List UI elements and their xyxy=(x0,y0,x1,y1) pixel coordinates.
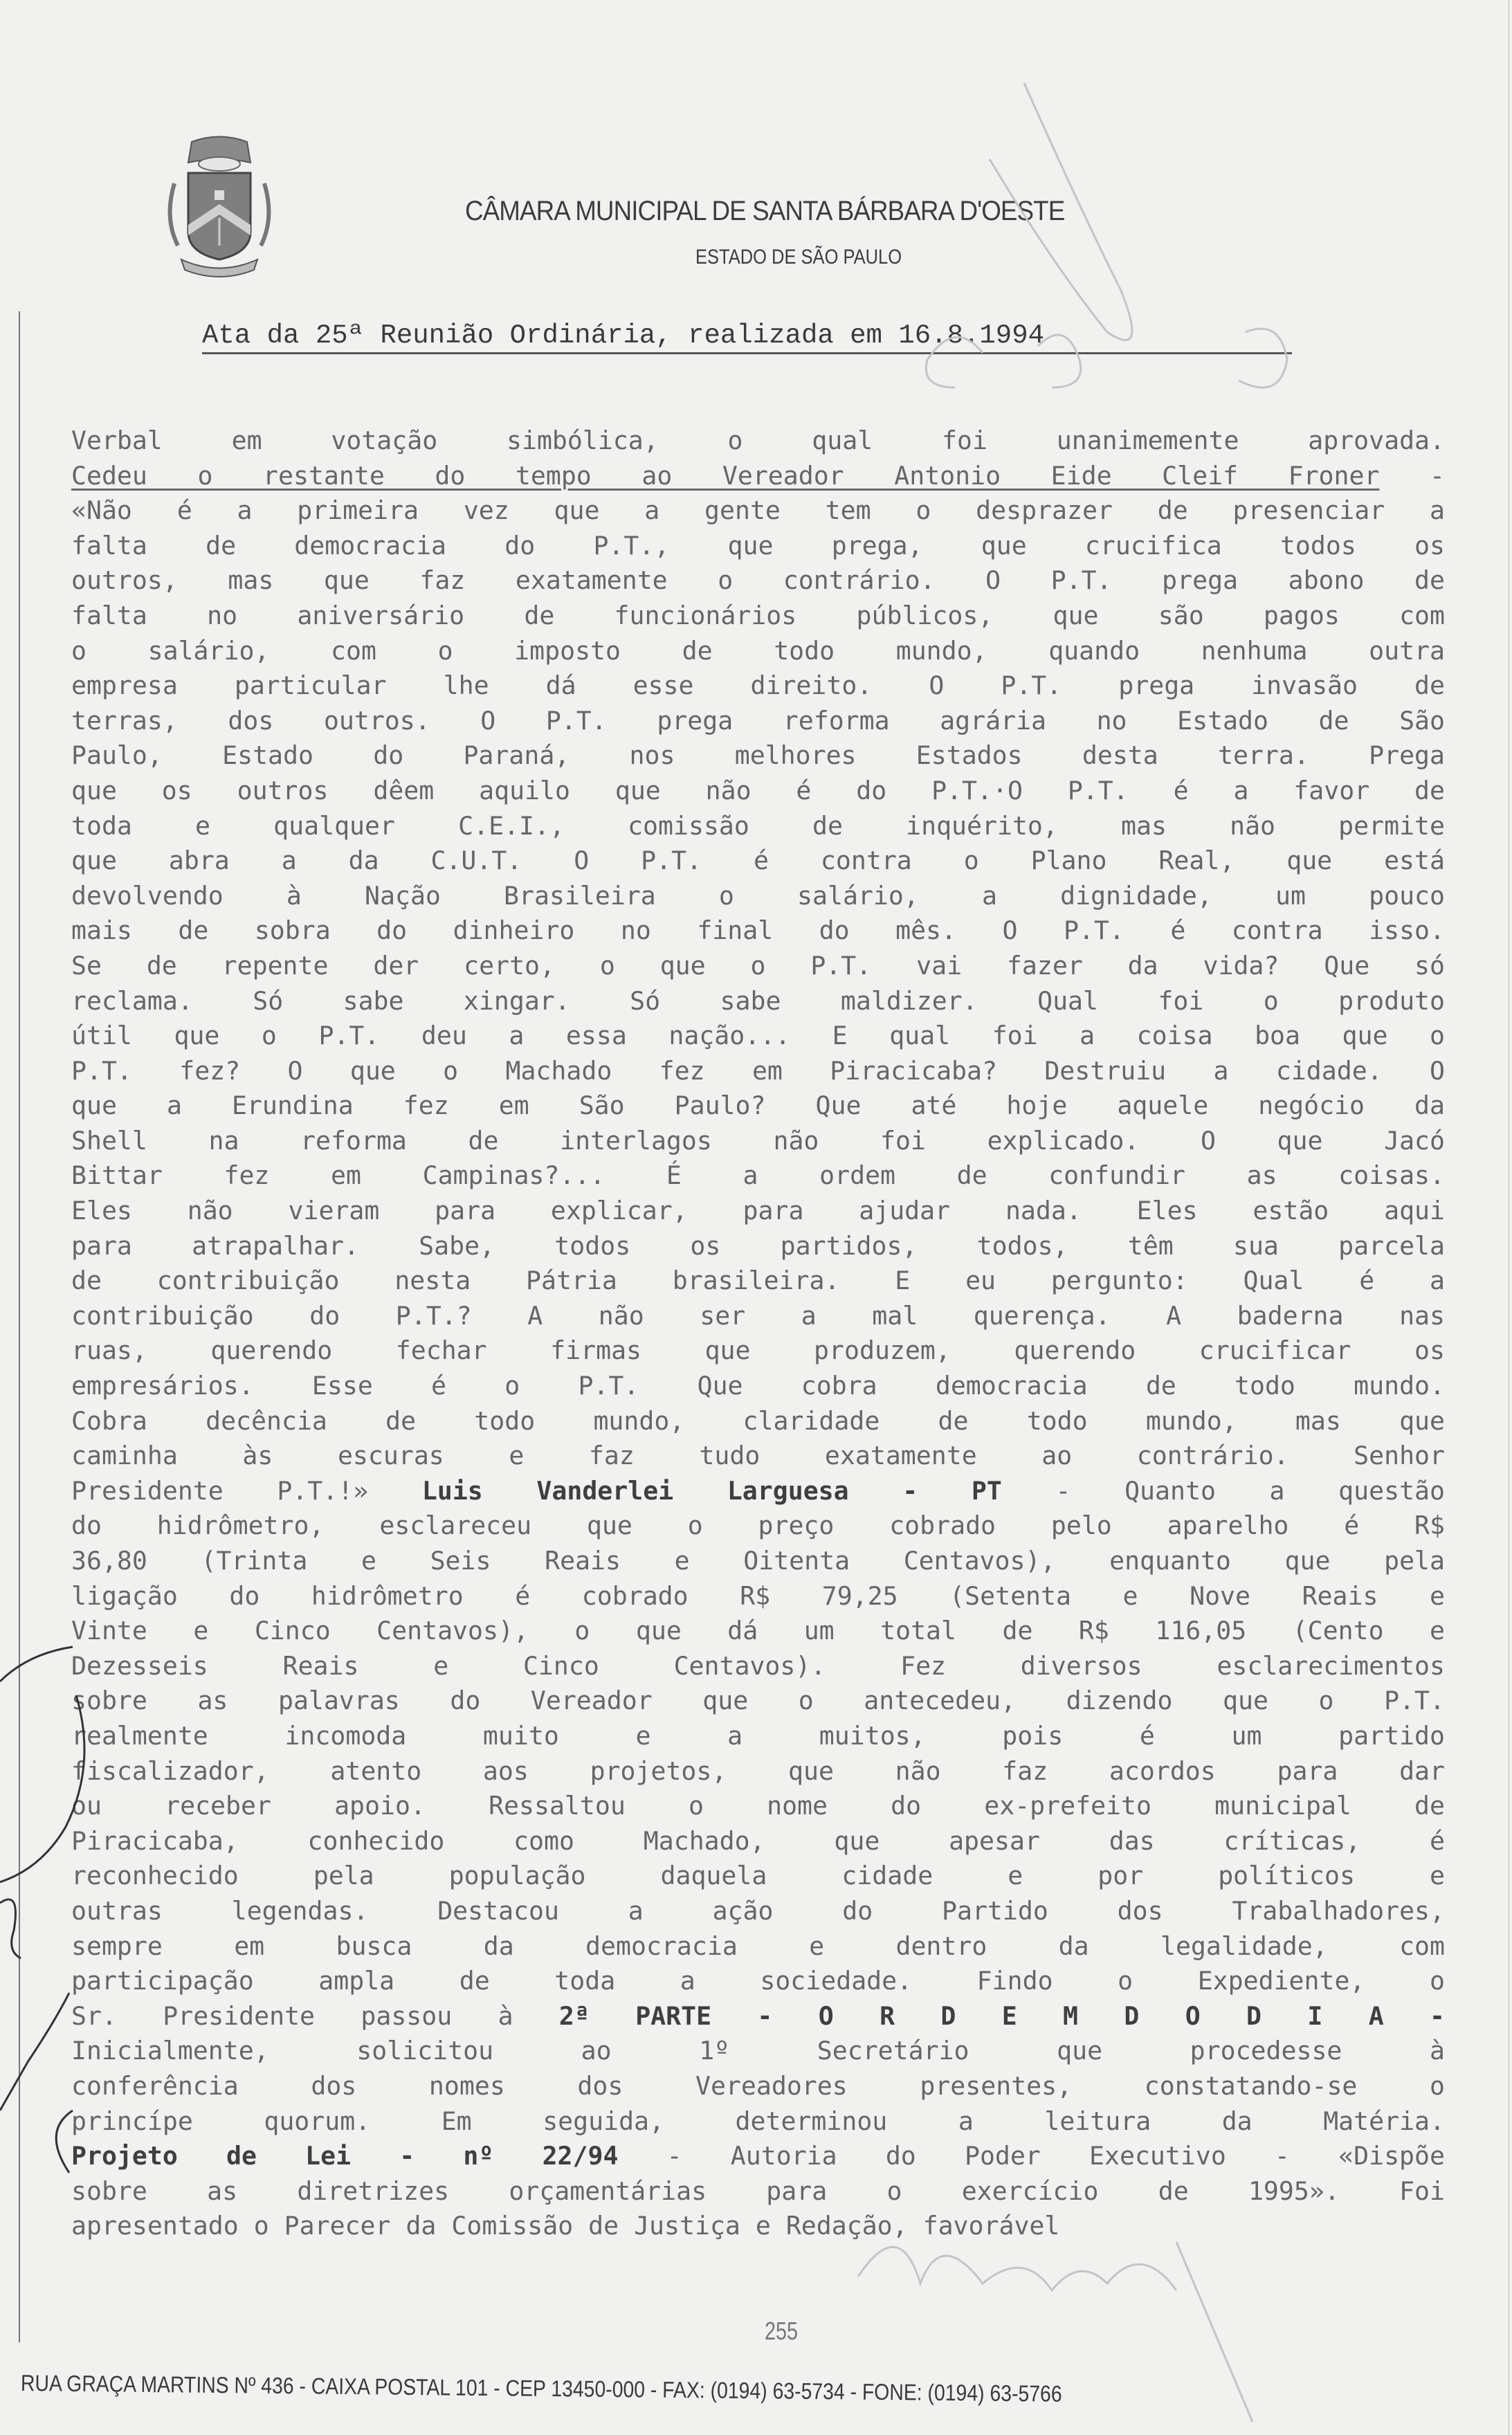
document-line: sempre em busca da democracia e dentro d… xyxy=(71,1929,1445,1964)
document-line: apresentado o Parecer da Comissão de Jus… xyxy=(71,2209,1445,2244)
document-line: Inicialmente, solicitou ao 1º Secretário… xyxy=(71,2034,1445,2069)
document-line: Se de repente der certo, o que o P.T. va… xyxy=(71,949,1445,984)
address-footer: RUA GRAÇA MARTINS Nº 436 - CAIXA POSTAL … xyxy=(21,2370,1300,2409)
document-line: reclama. Só sabe xingar. Só sabe maldize… xyxy=(71,984,1445,1019)
bill-reference: Projeto de Lei - nº 22/94 xyxy=(71,2141,618,2171)
document-line: para atrapalhar. Sabe, todos os partidos… xyxy=(71,1229,1445,1264)
document-line: toda e qualquer C.E.I., comissão de inqu… xyxy=(71,809,1445,844)
document-line: do hidrômetro, esclareceu que o preço co… xyxy=(71,1508,1445,1544)
document-page: CÂMARA MUNICIPAL DE SANTA BÁRBARA D'OEST… xyxy=(0,0,1512,2435)
right-edge-rule xyxy=(1509,0,1509,2435)
document-line: «Não é a primeira vez que a gente tem o … xyxy=(71,493,1445,529)
document-line: ou receber apoio. Ressaltou o nome do ex… xyxy=(71,1789,1445,1824)
document-line: que os outros dêem aquilo que não é do P… xyxy=(71,774,1445,809)
speaker-name: Luis Vanderlei Larguesa - PT xyxy=(422,1476,1002,1506)
document-line: Shell na reforma de interlagos não foi e… xyxy=(71,1124,1445,1159)
document-line: conferência dos nomes dos Vereadores pre… xyxy=(71,2069,1445,2104)
organization-name: CÂMARA MUNICIPAL DE SANTA BÁRBARA D'OEST… xyxy=(465,196,1146,227)
underlined-speaker-intro: Cedeu o restante do tempo ao Vereador An… xyxy=(71,461,1379,491)
document-line: caminha às escuras e faz tudo exatamente… xyxy=(71,1439,1445,1474)
document-line: Sr. Presidente passou à 2ª PARTE - O R D… xyxy=(71,1999,1445,2034)
coat-of-arms-icon xyxy=(161,135,278,280)
document-line: Cedeu o restante do tempo ao Vereador An… xyxy=(71,459,1445,494)
document-line: Projeto de Lei - nº 22/94 - Autoria do P… xyxy=(71,2139,1445,2174)
document-line: ruas, querendo fechar firmas que produze… xyxy=(71,1333,1445,1369)
document-line: Paulo, Estado do Paraná, nos melhores Es… xyxy=(71,738,1445,774)
document-line: P.T. fez? O que o Machado fez em Piracic… xyxy=(71,1054,1445,1089)
document-body: Verbal em votação simbólica, o qual foi … xyxy=(71,423,1445,2244)
order-of-day-heading: 2ª PARTE - O R D E M D O D I A - xyxy=(559,2001,1445,2031)
document-line: princípe quorum. Em seguida, determinou … xyxy=(71,2104,1445,2140)
document-line: que a Erundina fez em São Paulo? Que até… xyxy=(71,1088,1445,1124)
document-line: falta de democracia do P.T., que prega, … xyxy=(71,529,1445,564)
organization-state: ESTADO DE SÃO PAULO xyxy=(695,246,902,269)
document-line: de contribuição nesta Pátria brasileira.… xyxy=(71,1264,1445,1299)
document-line: Cobra decência de todo mundo, claridade … xyxy=(71,1404,1445,1439)
document-line: falta no aniversário de funcionários púb… xyxy=(71,599,1445,634)
document-line: Bittar fez em Campinas?... É a ordem de … xyxy=(71,1158,1445,1194)
document-line: outras legendas. Destacou a ação do Part… xyxy=(71,1894,1445,1929)
left-margin-rule xyxy=(19,311,20,2342)
document-line: Vinte e Cinco Centavos), o que dá um tot… xyxy=(71,1614,1445,1649)
document-line: Piracicaba, conhecido como Machado, que … xyxy=(71,1824,1445,1859)
document-title: Ata da 25ª Reunião Ordinária, realizada … xyxy=(202,320,1292,354)
document-line: devolvendo à Nação Brasileira o salário,… xyxy=(71,879,1445,914)
document-line: contribuição do P.T.? A não ser a mal qu… xyxy=(71,1299,1445,1334)
document-line: 36,80 (Trinta e Seis Reais e Oitenta Cen… xyxy=(71,1544,1445,1579)
document-line: sobre as diretrizes orçamentárias para o… xyxy=(71,2174,1445,2209)
document-line: empresários. Esse é o P.T. Que cobra dem… xyxy=(71,1369,1445,1404)
document-line: outros, mas que faz exatamente o contrár… xyxy=(71,563,1445,599)
document-line: mais de sobra do dinheiro no final do mê… xyxy=(71,913,1445,949)
document-line: útil que o P.T. deu a essa nação... E qu… xyxy=(71,1019,1445,1054)
page-number: 255 xyxy=(765,2317,798,2346)
document-line: sobre as palavras do Vereador que o ante… xyxy=(71,1684,1445,1719)
document-line: que abra a da C.U.T. O P.T. é contra o P… xyxy=(71,843,1445,879)
document-line: Eles não vieram para explicar, para ajud… xyxy=(71,1194,1445,1229)
document-line: ligação do hidrômetro é cobrado R$ 79,25… xyxy=(71,1579,1445,1614)
document-line: Verbal em votação simbólica, o qual foi … xyxy=(71,423,1445,459)
document-line: o salário, com o imposto de todo mundo, … xyxy=(71,634,1445,669)
document-line: terras, dos outros. O P.T. prega reforma… xyxy=(71,704,1445,739)
document-line: realmente incomoda muito e a muitos, poi… xyxy=(71,1719,1445,1754)
document-line: reconhecido pela população daquela cidad… xyxy=(71,1859,1445,1894)
document-line: fiscalizador, atento aos projetos, que n… xyxy=(71,1754,1445,1789)
document-line: Presidente P.T.!» Luis Vanderlei Largues… xyxy=(71,1474,1445,1509)
document-line: participação ampla de toda a sociedade. … xyxy=(71,1964,1445,1999)
document-line: empresa particular lhe dá esse direito. … xyxy=(71,668,1445,704)
document-line: Dezesseis Reais e Cinco Centavos). Fez d… xyxy=(71,1649,1445,1684)
